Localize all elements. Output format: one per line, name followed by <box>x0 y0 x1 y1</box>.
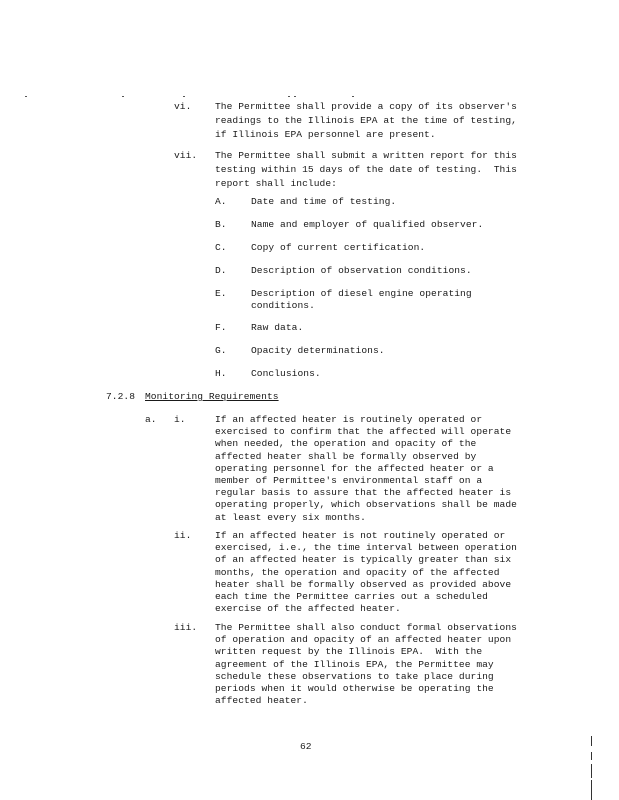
paragraph-line: report shall include: <box>215 178 337 189</box>
scan-edge-artifact <box>591 792 592 800</box>
paragraph-line: affected heater shall be formally observ… <box>215 451 476 462</box>
list-label: vii. <box>174 150 197 161</box>
paragraph-line: if Illinois EPA personnel are present. <box>215 129 436 140</box>
list-label: ii. <box>174 530 191 541</box>
scan-artifact <box>25 96 27 97</box>
list-label: iii. <box>174 622 197 633</box>
paragraph-line: affected heater. <box>215 695 308 706</box>
paragraph-line: member of Permittee's environmental staf… <box>215 475 482 486</box>
paragraph-line: Description of diesel engine operating <box>251 288 472 299</box>
paragraph-line: The Permittee shall provide a copy of it… <box>215 101 517 112</box>
list-label: F. <box>215 322 227 333</box>
list-label: D. <box>215 265 227 276</box>
paragraph-line: schedule these observations to take plac… <box>215 671 494 682</box>
paragraph-line: Date and time of testing. <box>251 196 396 207</box>
scan-artifact <box>352 96 354 97</box>
paragraph-line: Opacity determinations. <box>251 345 385 356</box>
scan-artifact <box>183 96 185 97</box>
paragraph-line: heater shall be formally observed as pro… <box>215 579 511 590</box>
list-label: B. <box>215 219 227 230</box>
paragraph-line: The Permittee shall submit a written rep… <box>215 150 517 161</box>
list-label: E. <box>215 288 227 299</box>
paragraph-line: months, the operation and opacity of the… <box>215 567 500 578</box>
list-label: i. <box>174 414 186 425</box>
scan-edge-artifact <box>591 764 592 778</box>
paragraph-line: exercised, i.e., the time interval betwe… <box>215 542 517 553</box>
paragraph-line: written request by the Illinois EPA. Wit… <box>215 646 482 657</box>
scan-edge-artifact <box>591 752 592 760</box>
scan-artifact <box>288 96 290 97</box>
paragraph-line: Raw data. <box>251 322 303 333</box>
paragraph-line: agreement of the Illinois EPA, the Permi… <box>215 659 494 670</box>
list-label: G. <box>215 345 227 356</box>
page-number: 62 <box>300 741 312 752</box>
section-title: Monitoring Requirements <box>145 391 279 402</box>
list-label: A. <box>215 196 227 207</box>
paragraph-line: Description of observation conditions. <box>251 265 472 276</box>
paragraph-line: conditions. <box>251 300 315 311</box>
paragraph-line: operating personnel for the affected hea… <box>215 463 494 474</box>
scan-artifact <box>294 96 296 97</box>
section-number: 7.2.8 <box>106 391 135 402</box>
paragraph-line: Name and employer of qualified observer. <box>251 219 483 230</box>
paragraph-line: of an affected heater is typically great… <box>215 554 511 565</box>
paragraph-line: Copy of current certification. <box>251 242 425 253</box>
paragraph-line: readings to the Illinois EPA at the time… <box>215 115 517 126</box>
paragraph-line: exercised to confirm that the affected w… <box>215 426 511 437</box>
scan-edge-artifact <box>591 780 592 792</box>
paragraph-line: If an affected heater is routinely opera… <box>215 414 482 425</box>
paragraph-line: The Permittee shall also conduct formal … <box>215 622 517 633</box>
paragraph-line: Conclusions. <box>251 368 321 379</box>
paragraph-line: at least every six months. <box>215 512 366 523</box>
list-label: C. <box>215 242 227 253</box>
list-label: a. <box>145 414 157 425</box>
paragraph-line: of operation and opacity of an affected … <box>215 634 511 645</box>
paragraph-line: If an affected heater is not routinely o… <box>215 530 505 541</box>
paragraph-line: when needed, the operation and opacity o… <box>215 438 476 449</box>
paragraph-line: regular basis to assure that the affecte… <box>215 487 511 498</box>
paragraph-line: exercise of the affected heater. <box>215 603 401 614</box>
paragraph-line: periods when it would otherwise be opera… <box>215 683 494 694</box>
paragraph-line: operating properly, which observations s… <box>215 499 517 510</box>
scan-artifact <box>122 96 124 97</box>
list-label: H. <box>215 368 227 379</box>
scan-edge-artifact <box>591 736 592 746</box>
paragraph-line: testing within 15 days of the date of te… <box>215 164 517 175</box>
paragraph-line: each time the Permittee carries out a sc… <box>215 591 488 602</box>
list-label: vi. <box>174 101 191 112</box>
